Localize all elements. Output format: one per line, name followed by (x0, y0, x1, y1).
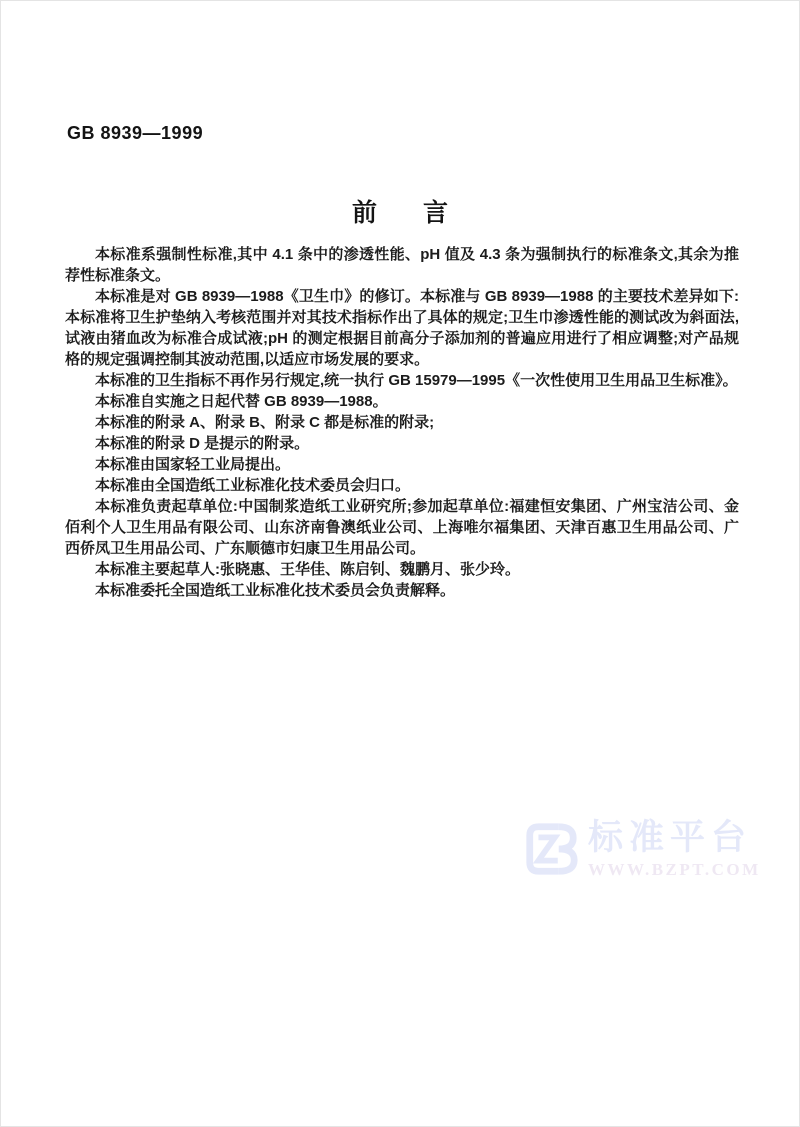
foreword-title: 前 言 (352, 193, 448, 229)
paragraph-drafting-units: 本标准负责起草单位:中国制浆造纸工业研究所;参加起草单位:福建恒安集团、广州宝洁… (65, 496, 739, 559)
paragraph-hygiene-index: 本标准的卫生指标不再作另行规定,统一执行 GB 15979—1995《一次性使用… (65, 370, 739, 391)
watermark-url: WWW.BZPT.COM (588, 860, 761, 880)
paragraph-annex-d: 本标准的附录 D 是提示的附录。 (65, 433, 739, 454)
watermark-brand: 标准平台 (588, 819, 761, 857)
paragraph-revision: 本标准是对 GB 8939—1988《卫生巾》的修订。本标准与 GB 8939—… (65, 286, 739, 370)
foreword-title-row: 前 言 (1, 193, 799, 229)
foreword-title-char-2: 言 (423, 193, 448, 229)
document-page: GB 8939—1999 前 言 本标准系强制性标准,其中 4.1 条中的渗透性… (0, 0, 800, 1127)
foreword-body: 本标准系强制性标准,其中 4.1 条中的渗透性能、pH 值及 4.3 条为强制执… (65, 244, 739, 601)
bzpt-logo-icon (522, 819, 580, 879)
paragraph-centralized-by: 本标准由全国造纸工业标准化技术委员会归口。 (65, 475, 739, 496)
paragraph-proposed-by: 本标准由国家轻工业局提出。 (65, 454, 739, 475)
paragraph-interpretation: 本标准委托全国造纸工业标准化技术委员会负责解释。 (65, 580, 739, 601)
paragraph-scope: 本标准系强制性标准,其中 4.1 条中的渗透性能、pH 值及 4.3 条为强制执… (65, 244, 739, 286)
watermark: 标准平台 WWW.BZPT.COM (522, 819, 761, 880)
foreword-title-char-1: 前 (352, 193, 377, 229)
paragraph-annex-abc: 本标准的附录 A、附录 B、附录 C 都是标准的附录; (65, 412, 739, 433)
standard-number: GB 8939—1999 (67, 123, 203, 144)
paragraph-replacement: 本标准自实施之日起代替 GB 8939—1988。 (65, 391, 739, 412)
paragraph-drafters: 本标准主要起草人:张晓惠、王华佳、陈启钊、魏鹏月、张少玲。 (65, 559, 739, 580)
watermark-text-column: 标准平台 WWW.BZPT.COM (588, 819, 761, 880)
